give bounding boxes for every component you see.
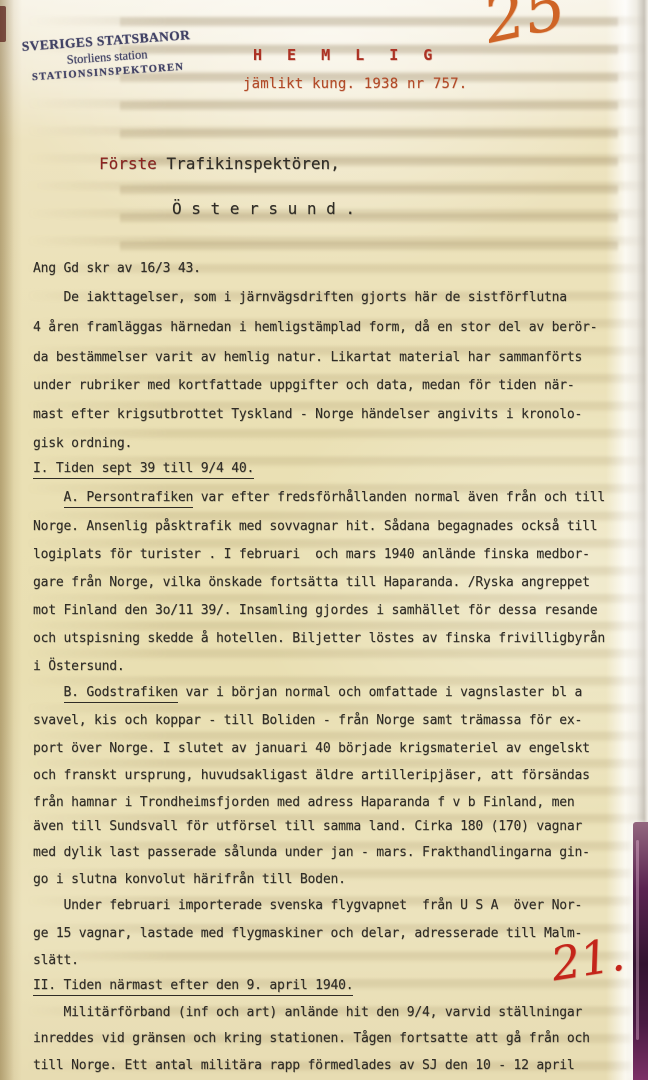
text-segment: Norge. Ansenlig påsktrafik med sovvagnar… bbox=[33, 519, 597, 534]
document-line: i Östersund. bbox=[33, 660, 125, 673]
document-line: da bestämmelser varit av hemlig natur. L… bbox=[33, 351, 582, 364]
document-line: mot Finland den 3o/11 39/. Insamling gjo… bbox=[33, 604, 597, 617]
document-line: och utspisning skedde å hotellen. Biljet… bbox=[33, 632, 605, 645]
text-segment: ge 15 vagnar, lastade med flygmaskiner o… bbox=[33, 926, 582, 941]
text-segment: mot Finland den 3o/11 39/. Insamling gjo… bbox=[33, 603, 597, 618]
text-segment: och utspisning skedde å hotellen. Biljet… bbox=[33, 631, 605, 646]
document-line: logiplats för turister . I februari och … bbox=[33, 548, 590, 561]
text-segment: gisk ordning. bbox=[33, 436, 132, 451]
document-line: inreddes vid gränsen och kring stationen… bbox=[33, 1032, 590, 1045]
document-line: port över Norge. I slutet av januari 40 … bbox=[33, 742, 590, 755]
text-segment: i Östersund. bbox=[33, 659, 125, 674]
document-line: 4 åren framläggas härnedan i hemligstämp… bbox=[33, 321, 597, 334]
document-line: Norge. Ansenlig påsktrafik med sovvagnar… bbox=[33, 520, 597, 533]
classification-header: H E M L I G bbox=[253, 46, 440, 64]
document-line: Under februari importerade svenska flygv… bbox=[33, 899, 582, 912]
text-segment: till Norge. Ett antal militära rapp förm… bbox=[33, 1058, 575, 1073]
text-segment: II. Tiden närmast efter den 9. april 194… bbox=[33, 978, 353, 996]
text-segment: I. Tiden sept 39 till 9/4 40. bbox=[33, 461, 254, 479]
edge-mark bbox=[0, 6, 6, 42]
document-line: till Norge. Ett antal militära rapp förm… bbox=[33, 1059, 575, 1072]
document-line: slätt. bbox=[33, 954, 79, 967]
text-segment: med dylik last passerade sålunda under j… bbox=[33, 845, 590, 860]
document-line: A. Persontrafiken var efter fredsförhåll… bbox=[33, 491, 605, 504]
document-line: även till Sundsvall för utförsel till sa… bbox=[33, 820, 582, 833]
text-segment: svavel, kis och koppar - till Boliden - … bbox=[33, 713, 582, 728]
reference-line: Ang Gd skr av 16/3 43. bbox=[33, 262, 201, 275]
text-segment: A. Persontrafiken bbox=[64, 490, 194, 508]
document-line: mast efter krigsutbrottet Tyskland - Nor… bbox=[33, 408, 582, 421]
statute-line: jämlikt kung. 1938 nr 757. bbox=[243, 76, 467, 92]
text-segment: go i slutna konvolut härifrån till Boden… bbox=[33, 872, 346, 887]
document-line: med dylik last passerade sålunda under j… bbox=[33, 846, 590, 859]
recipient-city: Ö s t e r s u n d . bbox=[172, 199, 355, 218]
handwritten-page-number-mid: 21. bbox=[548, 931, 627, 988]
binding-highlight bbox=[636, 840, 639, 1040]
document-line: under rubriker med kortfattade uppgifter… bbox=[33, 379, 575, 392]
text-segment: logiplats för turister . I februari och … bbox=[33, 547, 590, 562]
text-segment: mast efter krigsutbrottet Tyskland - Nor… bbox=[33, 407, 582, 422]
text-segment bbox=[33, 685, 64, 700]
text-segment: var i början normal och omfattade i vagn… bbox=[178, 685, 582, 700]
text-segment: B. Godstrafiken bbox=[64, 685, 178, 703]
document-page: SVERIGES STATSBANOR Storliens station ST… bbox=[0, 0, 648, 1080]
document-line: Militärförband (inf och art) anlände hit… bbox=[33, 1006, 582, 1019]
text-segment: även till Sundsvall för utförsel till sa… bbox=[33, 819, 582, 834]
document-line: ge 15 vagnar, lastade med flygmaskiner o… bbox=[33, 927, 582, 940]
text-segment: Ang Gd skr av 16/3 43. bbox=[33, 261, 201, 276]
recipient-line: Förste Trafikinspektören, bbox=[99, 154, 340, 173]
document-line: De iakttagelser, som i järnvägsdriften g… bbox=[33, 291, 567, 304]
text-segment: De iakttagelser, som i järnvägsdriften g… bbox=[33, 290, 567, 305]
text-segment: inreddes vid gränsen och kring stationen… bbox=[33, 1031, 590, 1046]
document-line: gare från Norge, vilka önskade fortsätta… bbox=[33, 576, 590, 589]
section-heading-2: II. Tiden närmast efter den 9. april 194… bbox=[33, 979, 353, 992]
text-segment: under rubriker med kortfattade uppgifter… bbox=[33, 378, 575, 393]
text-segment: gare från Norge, vilka önskade fortsätta… bbox=[33, 575, 590, 590]
text-segment: var efter fredsförhållanden normal även … bbox=[193, 490, 605, 505]
document-line: gisk ordning. bbox=[33, 437, 132, 450]
document-line: svavel, kis och koppar - till Boliden - … bbox=[33, 714, 582, 727]
text-segment: slätt. bbox=[33, 953, 79, 968]
document-line: B. Godstrafiken var i början normal och … bbox=[33, 686, 582, 699]
text-segment: Militärförband (inf och art) anlände hit… bbox=[33, 1005, 582, 1020]
document-line: go i slutna konvolut härifrån till Boden… bbox=[33, 873, 346, 886]
recipient-title-red: Förste bbox=[99, 154, 157, 173]
text-segment: 4 åren framläggas härnedan i hemligstämp… bbox=[33, 320, 597, 335]
page-left-shadow bbox=[0, 0, 14, 1080]
handwritten-page-number-top: 25 bbox=[478, 0, 571, 54]
document-line: från hamnar i Trondheimsfjorden med adre… bbox=[33, 796, 575, 809]
recipient-title-rest: Trafikinspektören, bbox=[157, 154, 340, 173]
section-heading-1: I. Tiden sept 39 till 9/4 40. bbox=[33, 462, 254, 475]
text-segment: Under februari importerade svenska flygv… bbox=[33, 898, 582, 913]
text-segment: och franskt ursprung, huvudsakligast äld… bbox=[33, 768, 590, 783]
text-segment: port över Norge. I slutet av januari 40 … bbox=[33, 741, 590, 756]
station-stamp: SVERIGES STATSBANOR Storliens station ST… bbox=[13, 27, 202, 85]
document-line: och franskt ursprung, huvudsakligast äld… bbox=[33, 769, 590, 782]
text-segment: från hamnar i Trondheimsfjorden med adre… bbox=[33, 795, 575, 810]
text-segment bbox=[33, 490, 64, 505]
text-segment: da bestämmelser varit av hemlig natur. L… bbox=[33, 350, 582, 365]
